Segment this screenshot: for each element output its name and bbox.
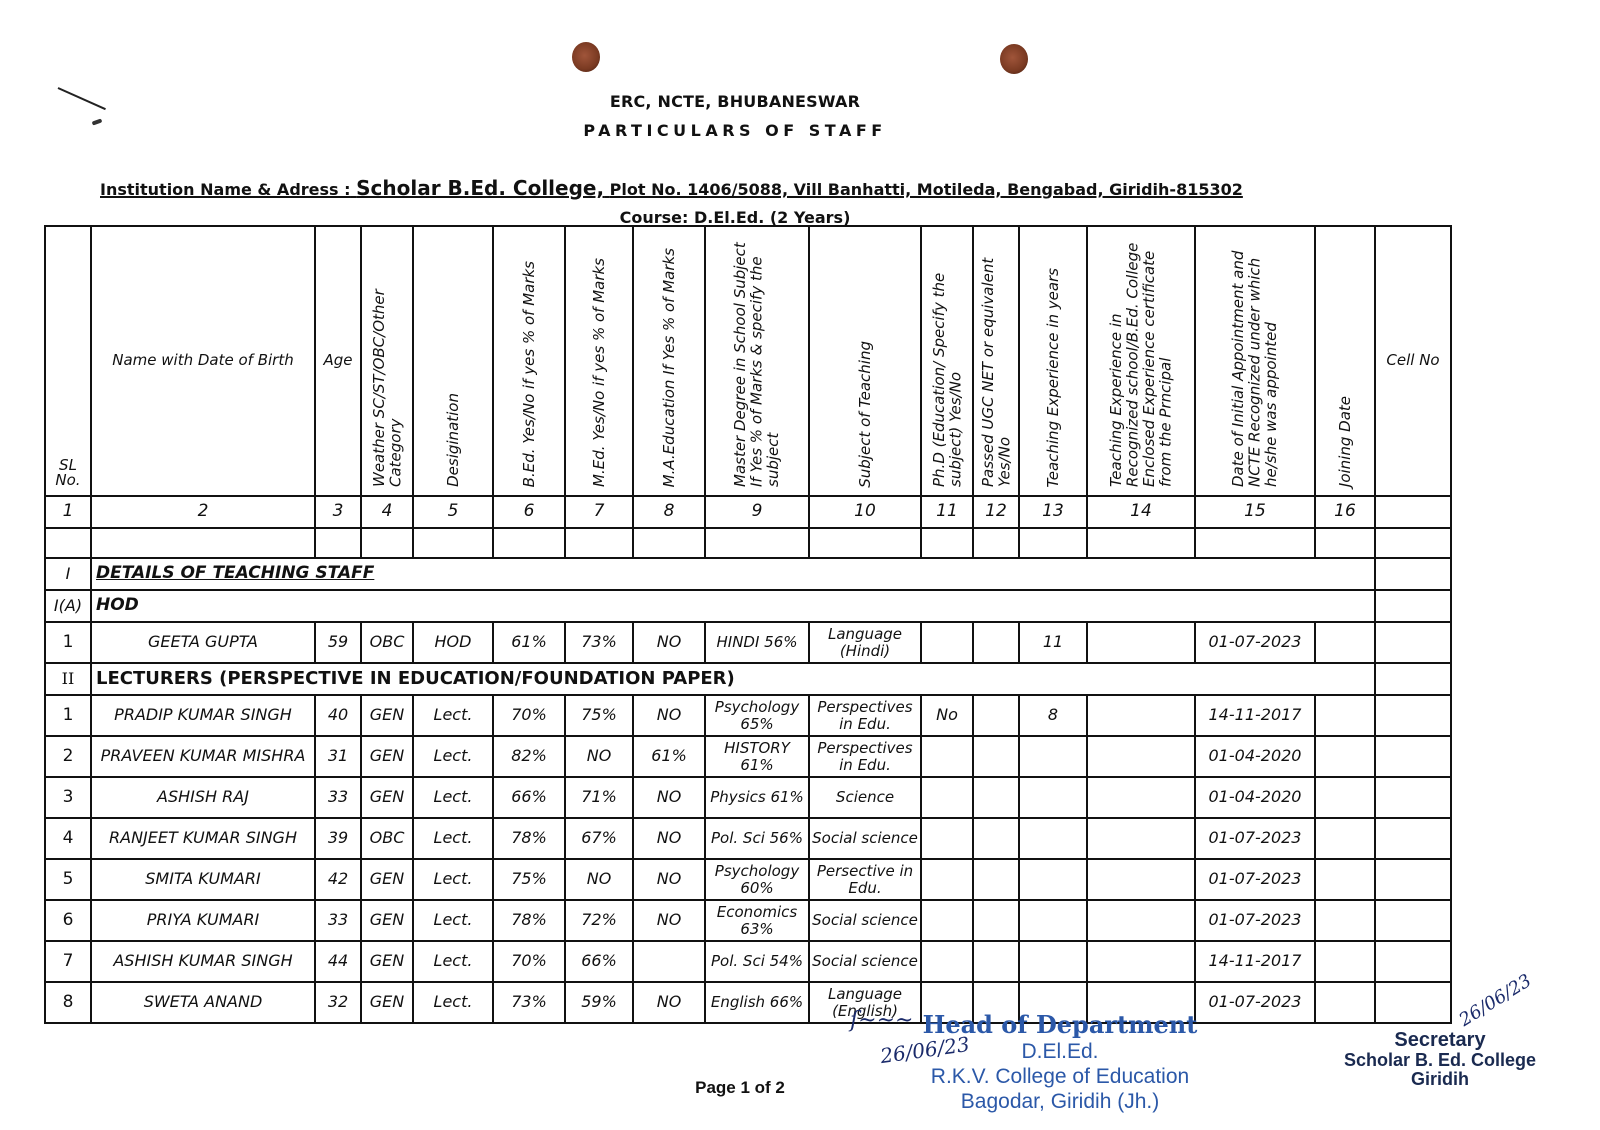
col-header-maedu: M.A.Education If Yes % of Marks [633, 226, 705, 496]
cell-phd: No [921, 695, 973, 736]
page-number: Page 1 of 2 [0, 1078, 1480, 1098]
cell-subject: Social science [809, 941, 921, 982]
cell-med: 59% [565, 982, 633, 1023]
cell-initial-appointment: 01-07-2023 [1195, 622, 1315, 663]
cell-exp-recognized [1087, 859, 1195, 900]
cell-net [973, 622, 1019, 663]
cell-initial-appointment: 01-07-2023 [1195, 859, 1315, 900]
cell-sl: 1 [45, 622, 91, 663]
cell-master: Economics 63% [705, 900, 809, 941]
cell-net [973, 900, 1019, 941]
table-row: 8SWETA ANAND32GENLect.73%59%NOEnglish 66… [45, 982, 1451, 1023]
col-header-med: M.Ed. Yes/No if yes % of Marks [565, 226, 633, 496]
cell-net [973, 777, 1019, 818]
cell-phd [921, 777, 973, 818]
cell-category: OBC [361, 818, 413, 859]
cell-master: Pol. Sci 56% [705, 818, 809, 859]
section-number: II [45, 663, 91, 695]
cell-med: 72% [565, 900, 633, 941]
document-title: PARTICULARS OF STAFF [0, 121, 1470, 140]
cell-net [973, 941, 1019, 982]
cell-cell-no [1375, 695, 1451, 736]
cell-phd [921, 736, 973, 777]
col-num: 2 [91, 496, 315, 528]
col-num: 5 [413, 496, 493, 528]
cell-joining-date [1315, 859, 1375, 900]
cell-category: OBC [361, 622, 413, 663]
table-row: 1PRADIP KUMAR SINGH40GENLect.70%75%NOPsy… [45, 695, 1451, 736]
cell-joining-date [1315, 982, 1375, 1023]
col-num: 12 [973, 496, 1019, 528]
col-header-exp-years: Teaching Experience in years [1019, 226, 1087, 496]
section-hod: I(A) HOD [45, 590, 1451, 622]
cell-phd [921, 622, 973, 663]
cell-age: 42 [315, 859, 361, 900]
cell-name: PRIYA KUMARI [91, 900, 315, 941]
cell-maedu: NO [633, 622, 705, 663]
cell-category: GEN [361, 982, 413, 1023]
cell-cell-no [1375, 941, 1451, 982]
table-row: 2PRAVEEN KUMAR MISHRA31GENLect.82%NO61%H… [45, 736, 1451, 777]
secretary-signature-date: 26/06/23 [1456, 970, 1536, 1031]
section-lecturers: II LECTURERS (PERSPECTIVE IN EDUCATION/F… [45, 663, 1451, 695]
cell-exp-years [1019, 777, 1087, 818]
cell-designation: Lect. [413, 818, 493, 859]
cell-category: GEN [361, 900, 413, 941]
staff-table: SL No. Name with Date of Birth Age Weath… [44, 225, 1452, 1024]
col-header-sl: SL No. [45, 226, 91, 496]
institution-name: Scholar B.Ed. College, [356, 176, 604, 200]
cell-joining-date [1315, 622, 1375, 663]
cell-med: NO [565, 736, 633, 777]
cell-med: 73% [565, 622, 633, 663]
hod-stamp-course: D.El.Ed. [880, 1039, 1240, 1064]
cell-sl: 6 [45, 900, 91, 941]
cell-initial-appointment: 14-11-2017 [1195, 695, 1315, 736]
cell-master: Pol. Sci 54% [705, 941, 809, 982]
cell-cell-no [1375, 982, 1451, 1023]
cell-age: 59 [315, 622, 361, 663]
cell-designation: Lect. [413, 900, 493, 941]
punch-hole-right [1000, 44, 1028, 74]
section-title: HOD [91, 590, 1375, 622]
cell-bed: 70% [493, 695, 565, 736]
cell-bed: 73% [493, 982, 565, 1023]
cell-designation: Lect. [413, 736, 493, 777]
col-header-net: Passed UGC NET or equivalent Yes/No [973, 226, 1019, 496]
col-header-master: Master Degree in School Subject If Yes %… [705, 226, 809, 496]
table-row: 5SMITA KUMARI42GENLect.75%NONOPsychology… [45, 859, 1451, 900]
cell-cell-no [1375, 900, 1451, 941]
cell-initial-appointment: 14-11-2017 [1195, 941, 1315, 982]
cell-age: 33 [315, 777, 361, 818]
cell-age: 33 [315, 900, 361, 941]
cell-sl: 2 [45, 736, 91, 777]
section-number: I [45, 558, 91, 590]
cell-bed: 66% [493, 777, 565, 818]
col-num: 13 [1019, 496, 1087, 528]
cell-master: English 66% [705, 982, 809, 1023]
cell-phd [921, 900, 973, 941]
cell-exp-recognized [1087, 818, 1195, 859]
cell-joining-date [1315, 736, 1375, 777]
cell-bed: 70% [493, 941, 565, 982]
cell-joining-date [1315, 818, 1375, 859]
cell-net [973, 736, 1019, 777]
cell-name: GEETA GUPTA [91, 622, 315, 663]
col-num: 16 [1315, 496, 1375, 528]
cell-name: SWETA ANAND [91, 982, 315, 1023]
cell-age: 44 [315, 941, 361, 982]
col-num: 8 [633, 496, 705, 528]
cell-net [973, 818, 1019, 859]
cell-sl: 4 [45, 818, 91, 859]
cell-sl: 8 [45, 982, 91, 1023]
cell-name: SMITA KUMARI [91, 859, 315, 900]
cell-age: 39 [315, 818, 361, 859]
section-number: I(A) [45, 590, 91, 622]
cell-maedu: NO [633, 818, 705, 859]
col-num: 4 [361, 496, 413, 528]
cell-bed: 78% [493, 818, 565, 859]
cell-category: GEN [361, 777, 413, 818]
cell-phd [921, 941, 973, 982]
cell-med: 75% [565, 695, 633, 736]
cell-cell-no [1375, 859, 1451, 900]
cell-designation: Lect. [413, 982, 493, 1023]
cell-exp-years [1019, 818, 1087, 859]
cell-med: 66% [565, 941, 633, 982]
cell-exp-recognized [1087, 941, 1195, 982]
cell-exp-recognized [1087, 622, 1195, 663]
header-row: SL No. Name with Date of Birth Age Weath… [45, 226, 1451, 496]
col-num: 9 [705, 496, 809, 528]
col-num: 10 [809, 496, 921, 528]
section-title: LECTURERS (PERSPECTIVE IN EDUCATION/FOUN… [91, 663, 1375, 695]
lecturer-rows: 1PRADIP KUMAR SINGH40GENLect.70%75%NOPsy… [45, 695, 1451, 1023]
secretary-title: Secretary [1330, 1030, 1550, 1051]
cell-med: 67% [565, 818, 633, 859]
cell-cell-no [1375, 818, 1451, 859]
cell-maedu: NO [633, 695, 705, 736]
cell-joining-date [1315, 777, 1375, 818]
col-num: 7 [565, 496, 633, 528]
cell-category: GEN [361, 736, 413, 777]
cell-phd [921, 859, 973, 900]
cell-master: HISTORY 61% [705, 736, 809, 777]
cell-master: Psychology 60% [705, 859, 809, 900]
cell-maedu: NO [633, 859, 705, 900]
col-header-age: Age [315, 226, 361, 496]
secretary-college: Scholar B. Ed. College [1330, 1051, 1550, 1070]
cell-designation: Lect. [413, 941, 493, 982]
punch-hole-left [572, 42, 600, 72]
institution-address: Plot No. 1406/5088, Vill Banhatti, Motil… [610, 180, 1243, 199]
col-header-phd: Ph.D (Education/ Specify the subject) Ye… [921, 226, 973, 496]
cell-exp-recognized [1087, 900, 1195, 941]
cell-subject: Perspectives in Edu. [809, 695, 921, 736]
cell-sl: 5 [45, 859, 91, 900]
cell-joining-date [1315, 695, 1375, 736]
cell-master: HINDI 56% [705, 622, 809, 663]
institution-label: Institution Name & Adress : [100, 180, 351, 199]
section-teaching-staff: I DETAILS OF TEACHING STAFF [45, 558, 1451, 590]
cell-initial-appointment: 01-07-2023 [1195, 900, 1315, 941]
cell-name: PRAVEEN KUMAR MISHRA [91, 736, 315, 777]
cell-master: Psychology 65% [705, 695, 809, 736]
cell-sl: 3 [45, 777, 91, 818]
cell-net [973, 695, 1019, 736]
cell-name: RANJEET KUMAR SINGH [91, 818, 315, 859]
cell-initial-appointment: 01-04-2020 [1195, 736, 1315, 777]
cell-sl: 7 [45, 941, 91, 982]
hod-stamp-title: Head of Department [880, 1010, 1240, 1039]
cell-bed: 75% [493, 859, 565, 900]
cell-joining-date [1315, 900, 1375, 941]
col-header-name: Name with Date of Birth [91, 226, 315, 496]
col-header-bed: B.Ed. Yes/No if yes % of Marks [493, 226, 565, 496]
cell-age: 40 [315, 695, 361, 736]
cell-joining-date [1315, 941, 1375, 982]
col-header-exp-recognized: Teaching Experience in Recognized school… [1087, 226, 1195, 496]
col-num: 1 [45, 496, 91, 528]
cell-subject: Science [809, 777, 921, 818]
cell-exp-recognized [1087, 736, 1195, 777]
cell-med: NO [565, 859, 633, 900]
cell-initial-appointment: 01-07-2023 [1195, 818, 1315, 859]
hod-rows: 1GEETA GUPTA59OBCHOD61%73%NOHINDI 56%Lan… [45, 622, 1451, 663]
cell-subject: Persective in Edu. [809, 859, 921, 900]
table-row: 3ASHISH RAJ33GENLect.66%71%NOPhysics 61%… [45, 777, 1451, 818]
cell-maedu: NO [633, 777, 705, 818]
cell-designation: Lect. [413, 777, 493, 818]
col-header-initial-appointment: Date of Initial Appointment and NCTE Rec… [1195, 226, 1315, 496]
cell-exp-years: 8 [1019, 695, 1087, 736]
col-header-cell-no: Cell No [1375, 226, 1451, 496]
cell-net [973, 859, 1019, 900]
cell-exp-recognized [1087, 777, 1195, 818]
cell-category: GEN [361, 859, 413, 900]
cell-name: ASHISH RAJ [91, 777, 315, 818]
table-row: 1GEETA GUPTA59OBCHOD61%73%NOHINDI 56%Lan… [45, 622, 1451, 663]
cell-designation: Lect. [413, 859, 493, 900]
cell-subject: Social science [809, 818, 921, 859]
cell-exp-years [1019, 900, 1087, 941]
cell-category: GEN [361, 941, 413, 982]
hod-stamp: Head of Department D.El.Ed. R.K.V. Colle… [880, 1010, 1240, 1115]
authority-title: ERC, NCTE, BHUBANESWAR [0, 92, 1470, 111]
cell-exp-years [1019, 736, 1087, 777]
cell-exp-years [1019, 859, 1087, 900]
cell-age: 32 [315, 982, 361, 1023]
column-number-row: 1 2 3 4 5 6 7 8 9 10 11 12 13 14 15 16 [45, 496, 1451, 528]
cell-name: PRADIP KUMAR SINGH [91, 695, 315, 736]
col-num: 6 [493, 496, 565, 528]
table-row: 4RANJEET KUMAR SINGH39OBCLect.78%67%NOPo… [45, 818, 1451, 859]
col-header-category: Weather SC/ST/OBC/Other Category [361, 226, 413, 496]
cell-bed: 82% [493, 736, 565, 777]
cell-maedu: NO [633, 982, 705, 1023]
col-header-designation: Desigination [413, 226, 493, 496]
cell-designation: HOD [413, 622, 493, 663]
cell-cell-no [1375, 777, 1451, 818]
col-num [1375, 496, 1451, 528]
col-num: 3 [315, 496, 361, 528]
col-num: 14 [1087, 496, 1195, 528]
cell-designation: Lect. [413, 695, 493, 736]
cell-category: GEN [361, 695, 413, 736]
institution-line: Institution Name & Adress : Scholar B.Ed… [100, 176, 1243, 200]
cell-initial-appointment: 01-04-2020 [1195, 777, 1315, 818]
cell-maedu [633, 941, 705, 982]
cell-exp-years [1019, 941, 1087, 982]
table-row: 7ASHISH KUMAR SINGH44GENLect.70%66%Pol. … [45, 941, 1451, 982]
cell-maedu: NO [633, 900, 705, 941]
cell-sl: 1 [45, 695, 91, 736]
col-num: 11 [921, 496, 973, 528]
section-title: DETAILS OF TEACHING STAFF [91, 558, 1375, 590]
cell-age: 31 [315, 736, 361, 777]
blank-row [45, 528, 1451, 558]
cell-exp-recognized [1087, 695, 1195, 736]
cell-med: 71% [565, 777, 633, 818]
cell-name: ASHISH KUMAR SINGH [91, 941, 315, 982]
cell-subject: Perspectives in Edu. [809, 736, 921, 777]
col-header-subject: Subject of Teaching [809, 226, 921, 496]
cell-bed: 78% [493, 900, 565, 941]
col-header-joining-date: Joining Date [1315, 226, 1375, 496]
cell-cell-no [1375, 736, 1451, 777]
cell-master: Physics 61% [705, 777, 809, 818]
cell-cell-no [1375, 622, 1451, 663]
cell-exp-years: 11 [1019, 622, 1087, 663]
cell-maedu: 61% [633, 736, 705, 777]
col-num: 15 [1195, 496, 1315, 528]
cell-subject: Social science [809, 900, 921, 941]
cell-subject: Language (Hindi) [809, 622, 921, 663]
cell-phd [921, 818, 973, 859]
table-row: 6PRIYA KUMARI33GENLect.78%72%NOEconomics… [45, 900, 1451, 941]
cell-bed: 61% [493, 622, 565, 663]
